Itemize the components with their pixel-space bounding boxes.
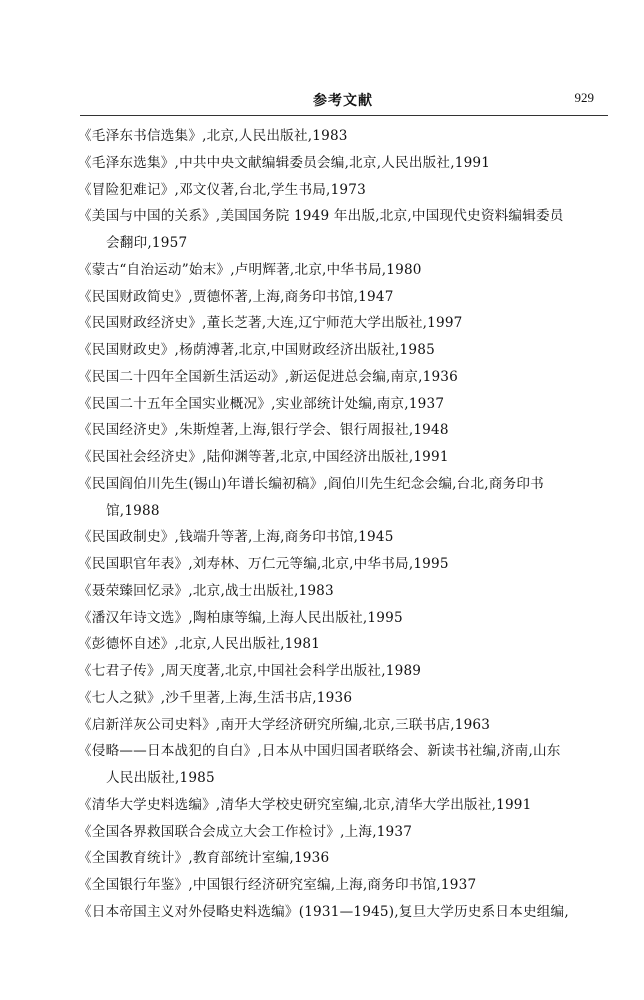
bibliography-line: 《全国各界救国联合会成立大会工作检讨》,上海,1937 — [78, 819, 618, 846]
bibliography-line: 《民国职官年表》,刘寿林、万仁元等编,北京,中华书局,1995 — [78, 551, 618, 578]
bibliography-line: 《清华大学史料选编》,清华大学校史研究室编,北京,清华大学出版社,1991 — [78, 792, 618, 819]
bibliography-line: 《侵略——日本战犯的自白》,日本从中国归国者联络会、新读书社编,济南,山东 — [78, 738, 618, 765]
bibliography-line: 《民国经济史》,朱斯煌著,上海,银行学会、银行周报社,1948 — [78, 417, 618, 444]
running-header: 参考文献 929 — [78, 90, 608, 114]
bibliography-line: 《蒙古“自治运动”始末》,卢明辉著,北京,中华书局,1980 — [78, 257, 618, 284]
bibliography-line: 《民国财政简史》,贾德怀著,上海,商务印书馆,1947 — [78, 284, 618, 311]
bibliography-line: 《全国教育统计》,教育部统计室编,1936 — [78, 845, 618, 872]
bibliography-line: 《民国财政史》,杨荫溥著,北京,中国财政经济出版社,1985 — [78, 337, 618, 364]
bibliography-line: 《民国社会经济史》,陆仰渊等著,北京,中国经济出版社,1991 — [78, 444, 618, 471]
bibliography-line: 《七人之狱》,沙千里著,上海,生活书店,1936 — [78, 685, 618, 712]
bibliography-line: 《潘汉年诗文选》,陶柏康等编,上海人民出版社,1995 — [78, 605, 618, 632]
bibliography-line: 《民国阎伯川先生(锡山)年谱长编初稿》,阎伯川先生纪念会编,台北,商务印书 — [78, 471, 618, 498]
bibliography-line: 《民国政制史》,钱端升等著,上海,商务印书馆,1945 — [78, 524, 618, 551]
bibliography-line: 《民国二十四年全国新生活运动》,新运促进总会编,南京,1936 — [78, 364, 618, 391]
bibliography-line: 会翻印,1957 — [78, 230, 618, 257]
bibliography-line: 《毛泽东书信选集》,北京,人民出版社,1983 — [78, 123, 618, 150]
bibliography-line: 《冒险犯难记》,邓文仪著,台北,学生书局,1973 — [78, 177, 618, 204]
bibliography-line: 《毛泽东选集》,中共中央文献编辑委员会编,北京,人民出版社,1991 — [78, 150, 618, 177]
bibliography-line: 《七君子传》,周天度著,北京,中国社会科学出版社,1989 — [78, 658, 618, 685]
bibliography-line: 《彭德怀自述》,北京,人民出版社,1981 — [78, 631, 618, 658]
bibliography-line: 馆,1988 — [78, 498, 618, 525]
bibliography-line: 《美国与中国的关系》,美国国务院 1949 年出版,北京,中国现代史资料编辑委员 — [78, 203, 618, 230]
bibliography-line: 《日本帝国主义对外侵略史料选编》(1931—1945),复旦大学历史系日本史组编… — [78, 899, 618, 926]
bibliography-line: 《民国财政经济史》,董长芝著,大连,辽宁师范大学出版社,1997 — [78, 310, 618, 337]
header-title: 参考文献 — [78, 90, 608, 110]
bibliography-line: 《民国二十五年全国实业概况》,实业部统计处编,南京,1937 — [78, 391, 618, 418]
bibliography-line: 《全国银行年鉴》,中国银行经济研究室编,上海,商务印书馆,1937 — [78, 872, 618, 899]
page-number: 929 — [575, 90, 595, 106]
bibliography-list: 《毛泽东书信选集》,北京,人民出版社,1983 《毛泽东选集》,中共中央文献编辑… — [78, 123, 618, 926]
bibliography-line: 《启新洋灰公司史料》,南开大学经济研究所编,北京,三联书店,1963 — [78, 712, 618, 739]
bibliography-line: 人民出版社,1985 — [78, 765, 618, 792]
bibliography-line: 《聂荣臻回忆录》,北京,战士出版社,1983 — [78, 578, 618, 605]
header-rule — [80, 115, 608, 116]
